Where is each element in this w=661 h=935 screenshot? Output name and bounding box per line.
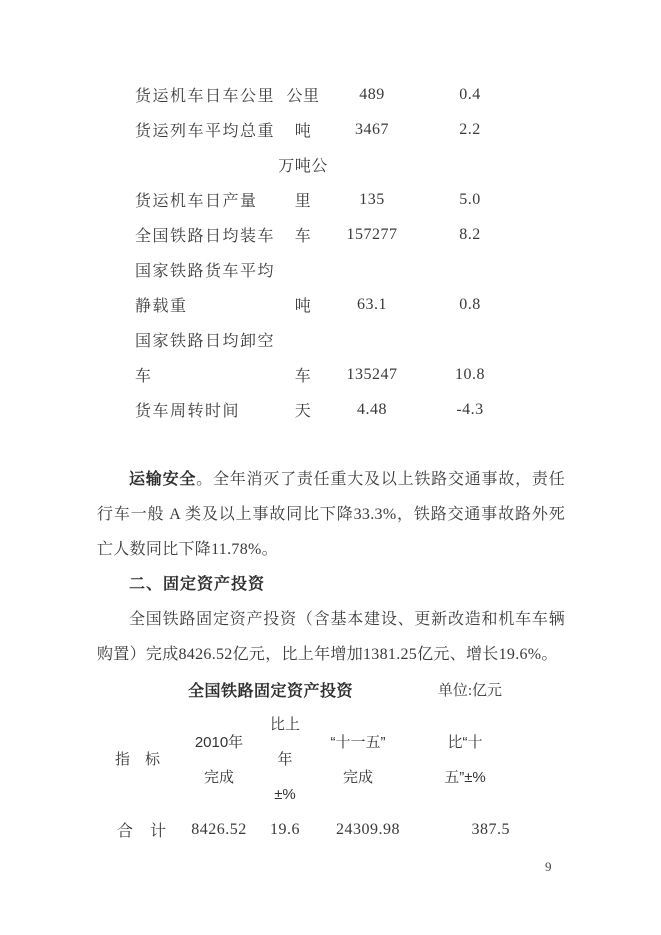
change-cell: -4.3 [405,401,535,419]
transport-performance-table: 货运机车日车公里 公里 489 0.4 货运列车平均总重 吨 3467 2.2 … [97,77,565,427]
indicator-cell: 货运列车平均总重 [97,118,267,141]
unit-cell: 万吨公 [267,153,339,176]
table-row: 货车周转时间 天 4.48 -4.3 [97,392,565,427]
indicator-cell: 车 [97,363,267,386]
change-cell: 8.2 [405,226,535,244]
safety-paragraph-lead: 运输安全 [129,471,196,488]
value-cell: 157277 [339,226,405,244]
change-cell: 10.8 [405,366,535,384]
blank-line [97,427,565,462]
change-cell: 0.4 [405,86,535,104]
indicator-cell: 全国铁路日均装车 [97,223,267,246]
table-row: 国家铁路货车平均 [97,252,565,287]
change-cell: 5.0 [405,191,535,209]
document-page: 货运机车日车公里 公里 489 0.4 货运列车平均总重 吨 3467 2.2 … [0,0,661,935]
total-vs-10th-5yr: 387.5 [407,821,523,839]
total-completed-11th-5yr: 24309.98 [309,821,407,839]
total-vs-last-year: 19.6 [261,821,309,839]
change-cell: 0.8 [405,296,535,314]
table-row: 静载重 吨 63.1 0.8 [97,287,565,322]
table-row: 国家铁路日均卸空 [97,322,565,357]
unit-cell: 里 [267,188,339,211]
unit-cell: 车 [267,223,339,246]
total-completed-2010: 8426.52 [177,821,261,839]
investment-table-title: 全国铁路固定资产投资 [188,678,353,701]
table-row: 货运机车日产量 里 135 5.0 [97,182,565,217]
unit-cell: 车 [267,363,339,386]
indicator-cell: 货车周转时间 [97,398,267,421]
page-content: 货运机车日车公里 公里 489 0.4 货运列车平均总重 吨 3467 2.2 … [97,77,565,847]
page-number: 9 [545,859,565,875]
header-vs-10th-5yr: 比“十 五”±% [407,725,523,795]
table-row: 车 车 135247 10.8 [97,357,565,392]
header-indicator: 指 标 [97,742,177,777]
safety-paragraph: 运输安全。全年消灭了责任重大及以上铁路交通事故，责任行车一般 A 类及以上事故同… [97,462,565,567]
indicator-cell: 货运机车日产量 [97,188,267,211]
change-cell: 2.2 [405,121,535,139]
header-completed-11th-5yr: “十一五” 完成 [309,725,407,795]
header-vs-last-year: 比上 年 ±% [261,707,309,812]
indicator-cell: 静载重 [97,293,267,316]
table-row: 万吨公 [97,147,565,182]
unit-cell: 天 [267,398,339,421]
investment-table-total-row: 合 计 8426.52 19.6 24309.98 387.5 [97,812,565,847]
value-cell: 3467 [339,121,405,139]
table-row: 货运机车日车公里 公里 489 0.4 [97,77,565,112]
value-cell: 489 [339,86,405,104]
section-heading: 二、固定资产投资 [97,567,565,602]
unit-cell: 吨 [267,293,339,316]
value-cell: 135247 [339,366,405,384]
value-cell: 63.1 [339,296,405,314]
investment-table-unit-label: 单位:亿元 [438,679,502,700]
indicator-cell: 国家铁路货车平均 [97,258,267,281]
investment-table-caption: 全国铁路固定资产投资 单位:亿元 [97,672,565,707]
indicator-cell: 国家铁路日均卸空 [97,328,267,351]
header-completed-2010: 2010年 完成 [177,725,261,795]
value-cell: 4.48 [339,401,405,419]
total-label: 合 计 [97,818,177,841]
unit-cell: 吨 [267,118,339,141]
value-cell: 135 [339,191,405,209]
investment-table-header: 指 标 2010年 完成 比上 年 ±% “十一五” 完成 比“十 五”±% [97,707,565,812]
investment-paragraph: 全国铁路固定资产投资（含基本建设、更新改造和机车车辆购置）完成8426.52亿元… [97,602,565,672]
unit-cell: 公里 [267,83,339,106]
table-row: 货运列车平均总重 吨 3467 2.2 [97,112,565,147]
table-row: 全国铁路日均装车 车 157277 8.2 [97,217,565,252]
indicator-cell: 货运机车日车公里 [97,83,267,106]
